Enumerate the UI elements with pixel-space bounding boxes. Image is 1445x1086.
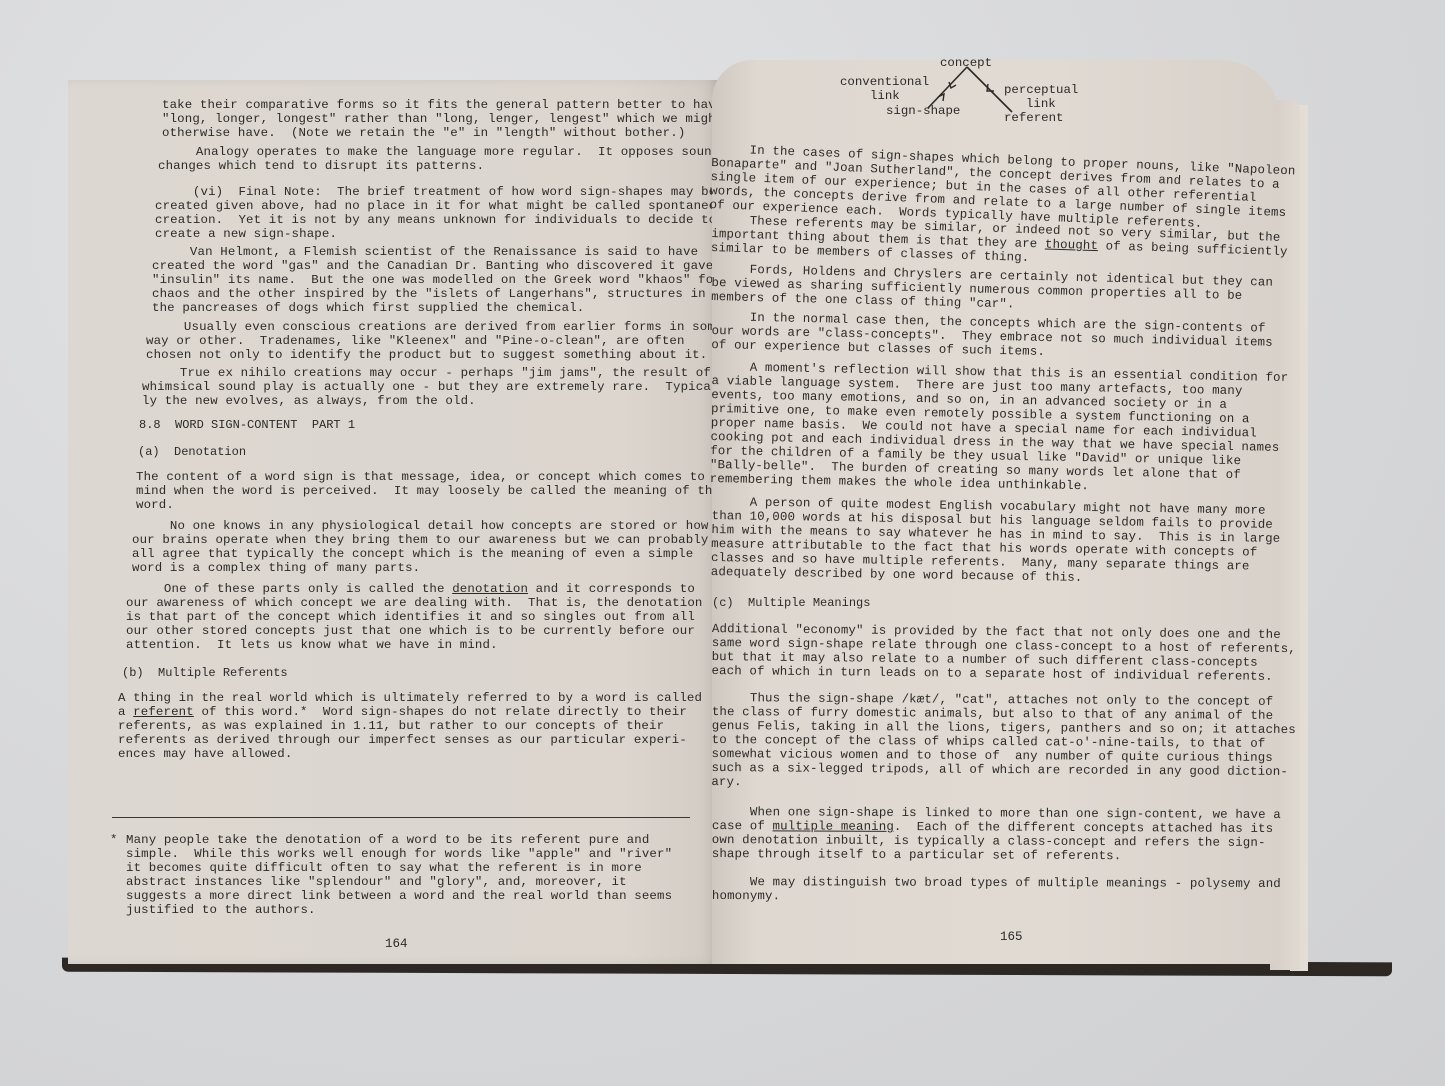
footnote-divider (112, 817, 690, 818)
section-heading: 8.8 WORD SIGN-CONTENT PART 1 (139, 418, 355, 432)
underlined-term: multiple meaning (773, 819, 894, 834)
paragraph: Van Helmont, a Flemish scientist of the … (152, 245, 721, 315)
page-number: 164 (385, 937, 408, 951)
paragraph: (vi) Final Note: The brief treatment of … (155, 185, 732, 241)
paragraph: Analogy operates to make the language mo… (158, 145, 719, 173)
paragraph: The content of a word sign is that messa… (136, 470, 720, 512)
diagram-label-perceptual: perceptual (1004, 83, 1078, 97)
diagram-label-concept: concept (940, 56, 992, 70)
paragraph: True ex nihilo creations may occur - per… (142, 366, 726, 408)
semiotic-triangle-diagram: concept conventional link sign-shape per… (830, 52, 1090, 132)
paragraph: A moment's reflection will show that thi… (710, 360, 1289, 497)
underlined-term: denotation (452, 582, 528, 596)
diagram-label-link-left: link (870, 89, 900, 103)
subsection-heading-multiple-referents: (b) Multiple Referents (122, 666, 288, 680)
underlined-term: thought (1045, 237, 1099, 253)
diagram-label-link-right: link (1026, 97, 1056, 111)
diagram-label-conventional: conventional (840, 75, 929, 89)
paragraph: Usually even conscious creations are der… (146, 320, 723, 362)
paragraph: Thus the sign-shape /kæt/, "cat", attach… (711, 691, 1296, 793)
subsection-heading-multiple-meanings: (c) Multiple Meanings (712, 596, 870, 610)
page-number: 165 (1000, 930, 1023, 944)
paragraph: When one sign-shape is linked to more th… (712, 805, 1281, 864)
paragraph: take their comparative forms so it fits … (162, 98, 723, 140)
footnote: Many people take the denotation of a wor… (126, 833, 672, 917)
underlined-term: referent (133, 705, 194, 719)
paragraph: A person of quite modest English vocabul… (711, 495, 1281, 588)
paragraph: We may distinguish two broad types of mu… (712, 875, 1281, 905)
paragraph: A thing in the real world which is ultim… (118, 691, 702, 761)
diagram-label-sign-shape: sign-shape (886, 104, 960, 118)
paragraph: No one knows in any physiological detail… (132, 519, 709, 575)
subsection-heading-denotation: (a) Denotation (138, 445, 246, 459)
paragraph: One of these parts only is called the de… (126, 582, 703, 652)
paragraph: Additional "economy" is provided by the … (711, 622, 1296, 684)
diagram-label-referent: referent (1004, 111, 1064, 125)
footnote-marker: * (110, 833, 118, 847)
